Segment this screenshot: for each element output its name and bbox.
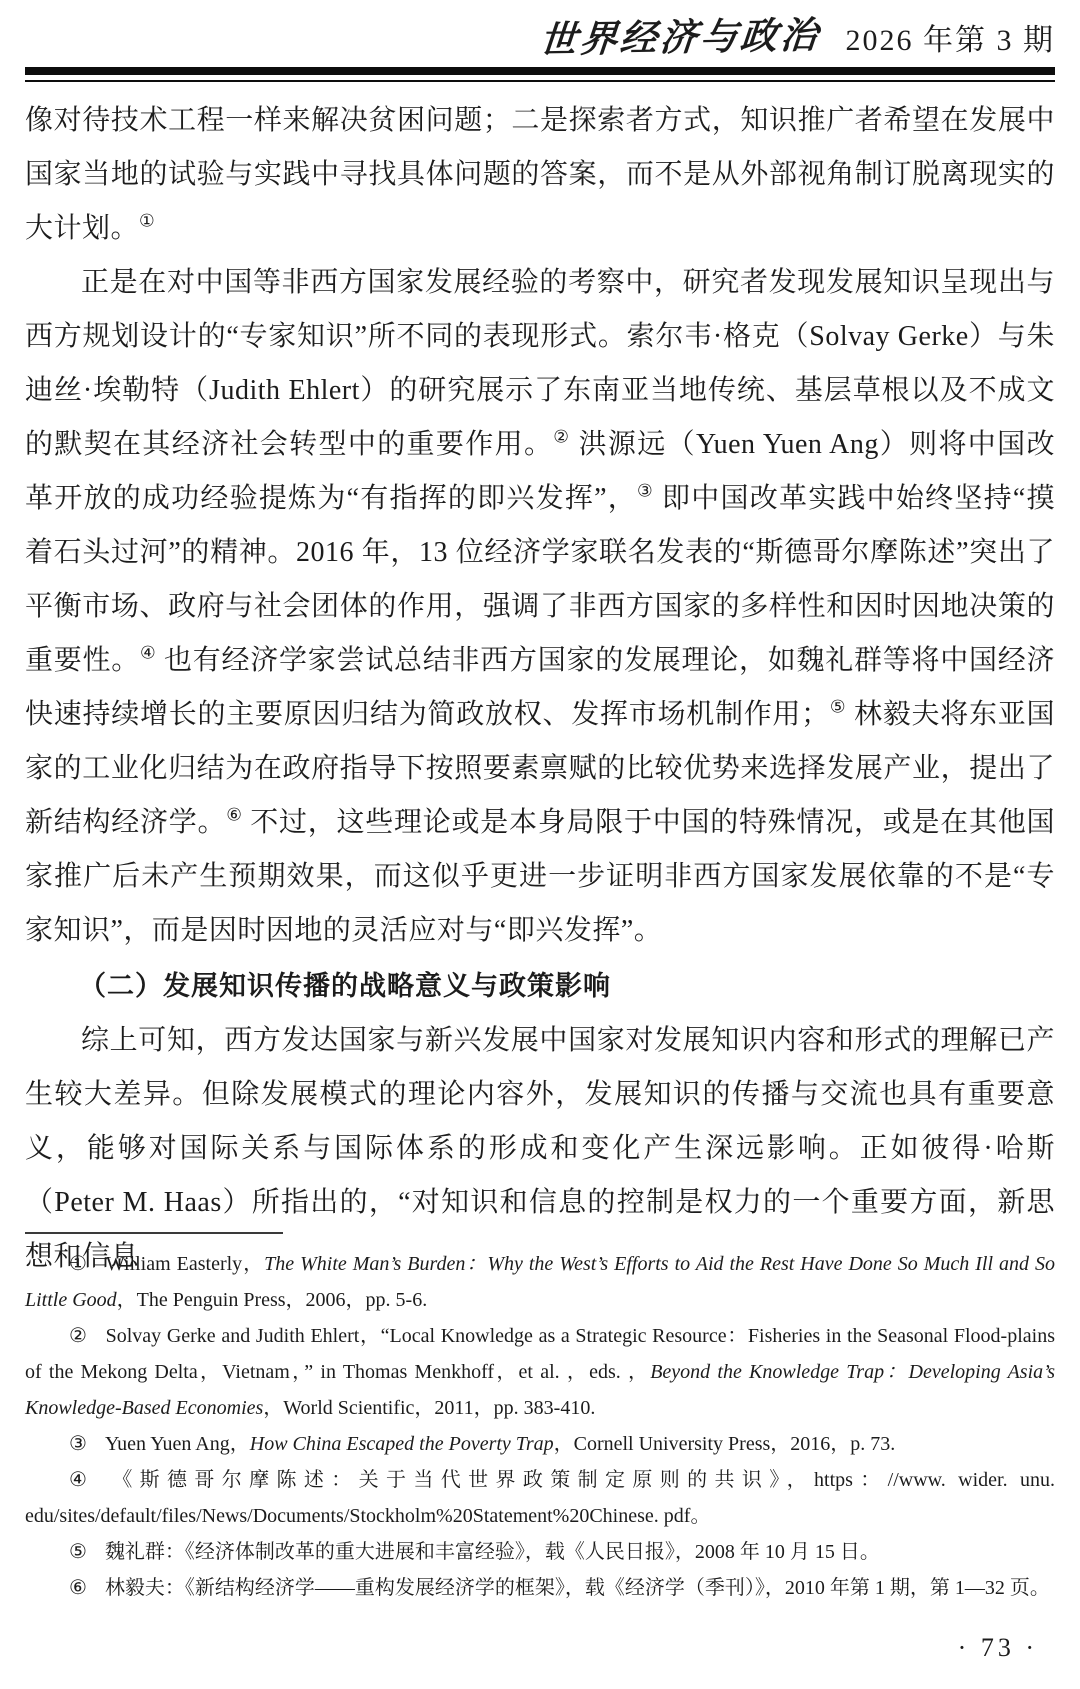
footnote: ③Yuen Yuen Ang，How China Escaped the Pov… (25, 1426, 1055, 1462)
footnote-marker: ④ (69, 1469, 94, 1491)
body-text: 像对待技术工程一样来解决贫困问题；二是探索者方式，知识推广者希望在发展中国家当地… (25, 94, 1055, 1284)
footnote-ref: ② (553, 428, 570, 447)
header-rule-thick (25, 67, 1055, 75)
footnote-ref: ⑤ (830, 698, 847, 717)
footnote-ref: ⑥ (226, 806, 242, 825)
page-number: · 73 · (958, 1633, 1038, 1663)
footnote-marker: ⑥ (69, 1577, 87, 1599)
footnote-ref: ③ (637, 482, 654, 501)
issue-label: 2026 年第 3 期 (846, 18, 1056, 64)
footnote-marker: ③ (69, 1433, 87, 1455)
page-header: 世界经济与政治 2026 年第 3 期 (25, 16, 1055, 62)
journal-logo: 世界经济与政治 (537, 14, 822, 65)
italic-title: Beyond the Knowledge Trap：Developing Asi… (25, 1361, 1055, 1419)
footnote-ref: ④ (140, 644, 156, 663)
footnote-marker: ⑤ (69, 1541, 87, 1563)
footnotes: ①William Easterly，The White Man’s Burden… (25, 1232, 1055, 1606)
footnote-list: ①William Easterly，The White Man’s Burden… (25, 1246, 1055, 1606)
footnote: ④《斯德哥尔摩陈述：关于当代世界政策制定原则的共识》，https：//www. … (25, 1462, 1055, 1534)
footnote: ⑤魏礼群：《经济体制改革的重大进展和丰富经验》，载《人民日报》，2008 年 1… (25, 1534, 1055, 1570)
footnote: ②Solvay Gerke and Judith Ehlert，“Local K… (25, 1318, 1055, 1426)
italic-title: How China Escaped the Poverty Trap (250, 1433, 554, 1455)
header-rule-thin (25, 80, 1055, 82)
section-heading: （二）发展知识传播的战略意义与政策影响 (25, 958, 1055, 1014)
footnote-marker: ② (69, 1325, 88, 1347)
body-paragraph: 正是在对中国等非西方国家发展经验的考察中，研究者发现发展知识呈现出与西方规划设计… (25, 256, 1055, 958)
footnote: ①William Easterly，The White Man’s Burden… (25, 1246, 1055, 1318)
footnote: ⑥林毅夫：《新结构经济学——重构发展经济学的框架》，载《经济学（季刊）》，201… (25, 1570, 1055, 1606)
body-paragraph: 像对待技术工程一样来解决贫困问题；二是探索者方式，知识推广者希望在发展中国家当地… (25, 94, 1055, 256)
italic-title: The White Man’s Burden：Why the West’s Ef… (25, 1253, 1055, 1311)
footnote-ref: ① (139, 212, 155, 231)
journal-page: 世界经济与政治 2026 年第 3 期 像对待技术工程一样来解决贫困问题；二是探… (0, 0, 1080, 1689)
footnote-marker: ① (69, 1253, 88, 1275)
footnote-separator (25, 1232, 283, 1234)
